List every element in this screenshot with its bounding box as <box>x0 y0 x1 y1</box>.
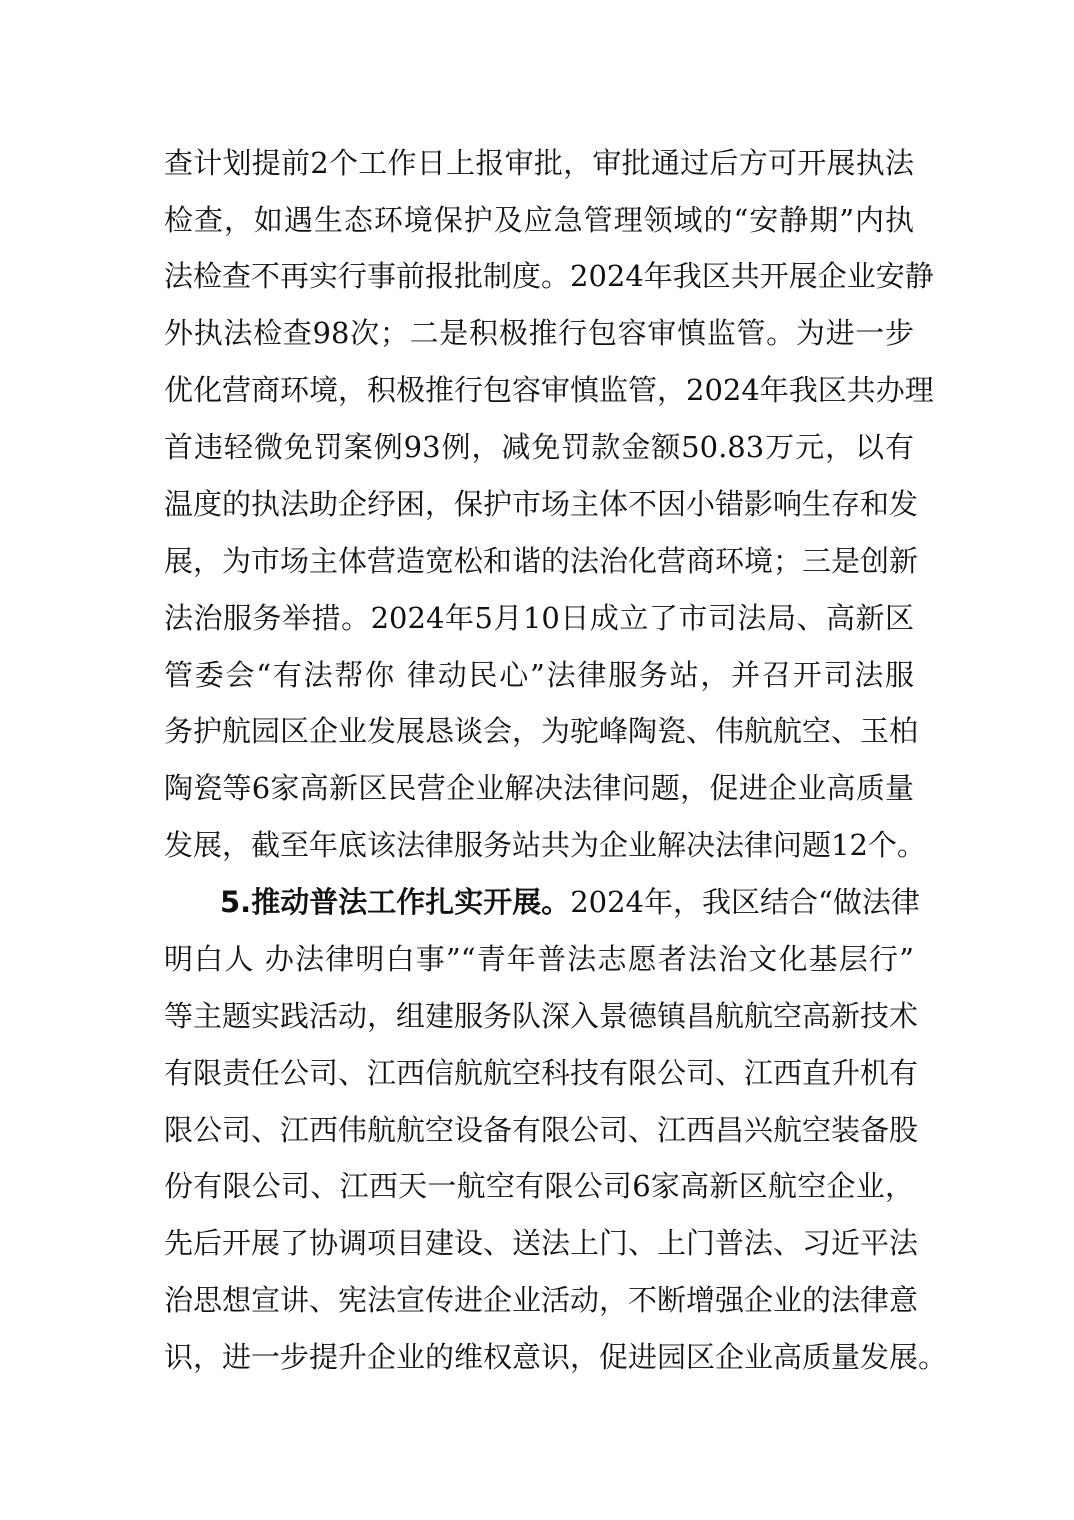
paragraph-line: 温度的执法助企纾困，保护市场主体不因小错影响生存和发 <box>164 484 914 524</box>
paragraph-line: 外执法检查98次；二是积极推行包容审慎监管。为进一步 <box>164 313 914 353</box>
section-5-heading: 5.推动普法工作扎实开展。 <box>220 885 570 919</box>
paragraph-line: 陶瓷等6家高新区民营企业解决法律问题，促进企业高质量 <box>164 768 914 808</box>
paragraph-line: 法治服务举措。2024年5月10日成立了市司法局、高新区 <box>164 598 914 638</box>
paragraph-line: 管委会“有法帮你 律动民心”法律服务站，并召开司法服 <box>164 655 914 695</box>
paragraph-line: 有限责任公司、江西信航航空科技有限公司、江西直升机有 <box>164 1053 914 1093</box>
paragraph-line: 识，进一步提升企业的维权意识，促进园区企业高质量发展。 <box>164 1337 914 1377</box>
section-5-first-line-text: 2024年，我区结合“做法律 <box>570 885 920 919</box>
paragraph-line: 等主题实践活动，组建服务队深入景德镇昌航航空高新技术 <box>164 996 914 1036</box>
paragraph-line: 治思想宣讲、宪法宣传进企业活动，不断增强企业的法律意 <box>164 1280 914 1320</box>
document-page: 查计划提前2个工作日上报审批，审批通过后方可开展执法 检查，如遇生态环境保护及应… <box>0 0 1074 1520</box>
paragraph-line: 查计划提前2个工作日上报审批，审批通过后方可开展执法 <box>164 143 914 183</box>
paragraph-line: 先后开展了协调项目建设、送法上门、上门普法、习近平法 <box>164 1223 914 1263</box>
paragraph-line: 明白人 办法律明白事”“青年普法志愿者法治文化基层行” <box>164 939 914 979</box>
paragraph-line: 优化营商环境，积极推行包容审慎监管，2024年我区共办理 <box>164 370 914 410</box>
paragraph-line: 首违轻微免罚案例93例，减免罚款金额50.83万元，以有 <box>164 427 914 467</box>
paragraph-line: 发展，截至年底该法律服务站共为企业解决法律问题12个。 <box>164 825 914 865</box>
paragraph-line: 检查，如遇生态环境保护及应急管理领域的“安静期”内执 <box>164 200 914 240</box>
section-5-first-line: 5.推动普法工作扎实开展。2024年，我区结合“做法律 <box>220 882 914 922</box>
paragraph-line: 份有限公司、江西天一航空有限公司6家高新区航空企业， <box>164 1166 914 1206</box>
paragraph-line: 展，为市场主体营造宽松和谐的法治化营商环境；三是创新 <box>164 541 914 581</box>
paragraph-line: 法检查不再实行事前报批制度。2024年我区共开展企业安静 <box>164 256 914 296</box>
paragraph-line: 限公司、江西伟航航空设备有限公司、江西昌兴航空装备股 <box>164 1110 914 1150</box>
paragraph-line: 务护航园区企业发展恳谈会，为驼峰陶瓷、伟航航空、玉柏 <box>164 711 914 751</box>
